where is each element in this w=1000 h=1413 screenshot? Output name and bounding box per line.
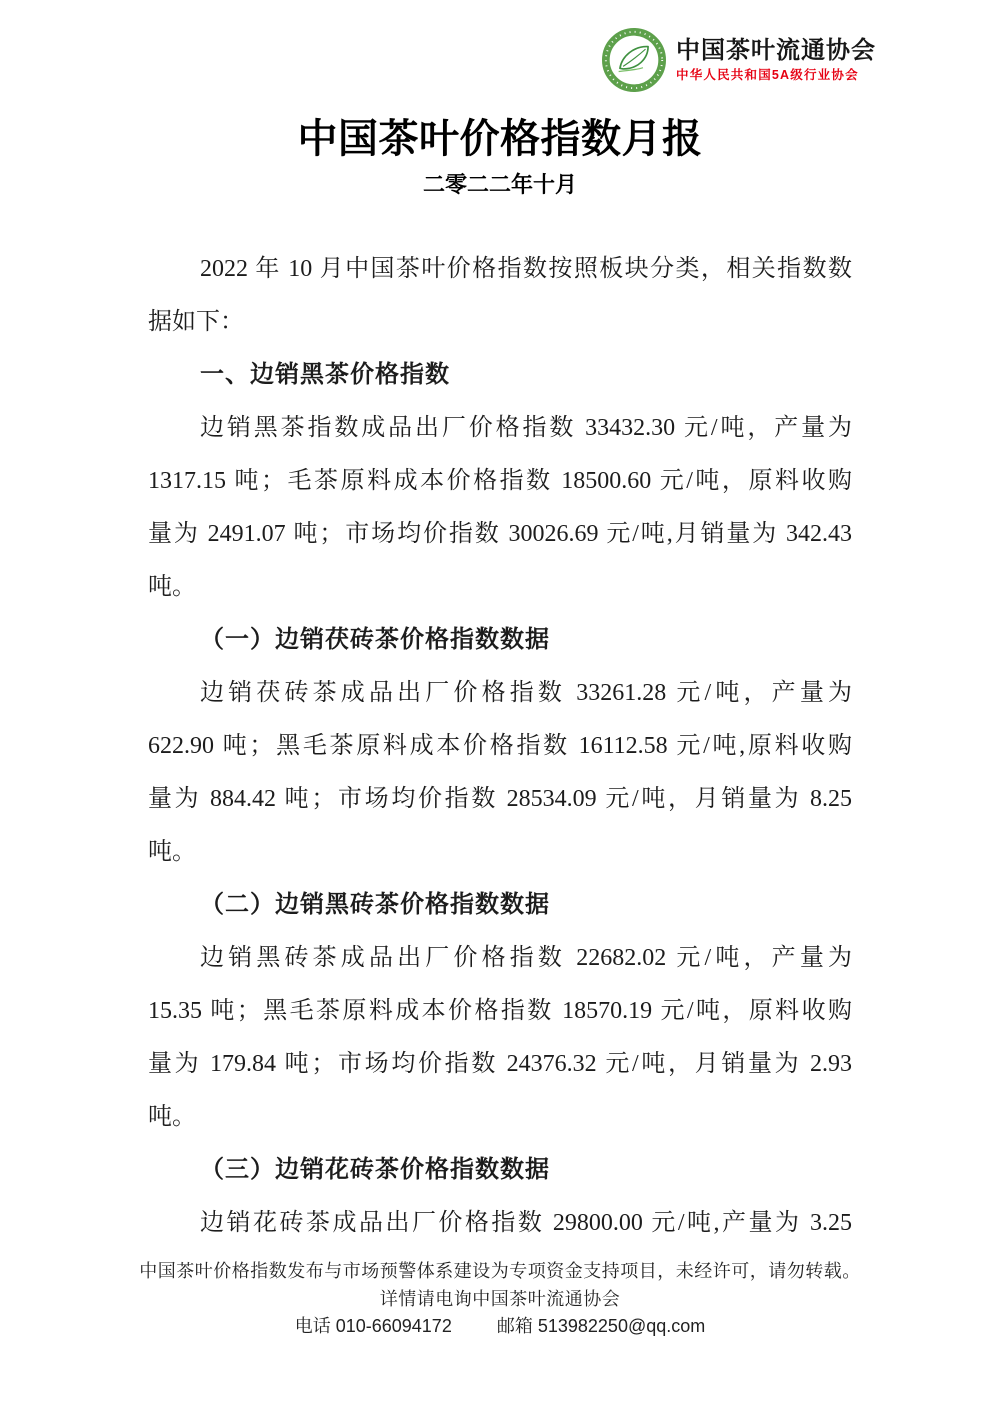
page-subtitle: 二零二二年十月	[0, 170, 1000, 200]
section-1-line: 1317.15 吨；毛茶原料成本价格指数 18500.60 元/吨，原料收购	[148, 455, 852, 508]
footer-contact-info: 详情请电询中国茶叶流通协会	[0, 1286, 1000, 1313]
section-1-line: 边销黑茶指数成品出厂价格指数 33432.30 元/吨，产量为	[148, 402, 852, 455]
org-logo-text: 中国茶叶流通协会 中华人民共和国5A级行业协会	[676, 36, 876, 84]
footer-notice: 中国茶叶价格指数发布与市场预警体系建设为专项资金支持项目，未经许可，请勿转载。	[0, 1256, 1000, 1286]
intro-line: 2022 年 10 月中国茶叶价格指数按照板块分类，相关指数数	[148, 243, 852, 296]
subsection-1-line: 622.90 吨；黑毛茶原料成本价格指数 16112.58 元/吨,原料收购	[148, 720, 852, 773]
footer-phone: 电话 010-66094172	[295, 1316, 452, 1336]
subsection-heading-1: （一）边销茯砖茶价格指数数据	[148, 614, 852, 667]
page-footer: 中国茶叶价格指数发布与市场预警体系建设为专项资金支持项目，未经许可，请勿转载。 …	[0, 1256, 1000, 1340]
subsection-3-line: 边销花砖茶成品出厂价格指数 29800.00 元/吨,产量为 3.25	[148, 1197, 852, 1250]
footer-contact-line: 电话 010-66094172 邮箱 513982250@qq.com	[0, 1313, 1000, 1340]
subsection-heading-2: （二）边销黑砖茶价格指数数据	[148, 879, 852, 932]
subsection-2-line: 吨。	[148, 1091, 852, 1144]
intro-line: 据如下：	[148, 296, 852, 349]
section-heading-1: 一、边销黑茶价格指数	[148, 349, 852, 402]
subsection-2-line: 边销黑砖茶成品出厂价格指数 22682.02 元/吨，产量为	[148, 932, 852, 985]
footer-email: 邮箱 513982250@qq.com	[497, 1316, 705, 1336]
subsection-heading-3: （三）边销花砖茶价格指数数据	[148, 1144, 852, 1197]
org-name: 中国茶叶流通协会	[676, 36, 876, 66]
org-subtitle: 中华人民共和国5A级行业协会	[676, 66, 876, 84]
subsection-1-line: 吨。	[148, 826, 852, 879]
org-seal-icon	[602, 28, 666, 92]
page-title: 中国茶叶价格指数月报	[0, 112, 1000, 166]
subsection-1-line: 边销茯砖茶成品出厂价格指数 33261.28 元/吨，产量为	[148, 667, 852, 720]
subsection-1-line: 量为 884.42 吨；市场均价指数 28534.09 元/吨，月销量为 8.2…	[148, 773, 852, 826]
section-1-line: 吨。	[148, 561, 852, 614]
subsection-2-line: 15.35 吨；黑毛茶原料成本价格指数 18570.19 元/吨，原料收购	[148, 985, 852, 1038]
document-body: 2022 年 10 月中国茶叶价格指数按照板块分类，相关指数数 据如下： 一、边…	[148, 243, 852, 1250]
document-page: 中国茶叶流通协会 中华人民共和国5A级行业协会 中国茶叶价格指数月报 二零二二年…	[0, 0, 1000, 1413]
subsection-2-line: 量为 179.84 吨；市场均价指数 24376.32 元/吨，月销量为 2.9…	[148, 1038, 852, 1091]
org-logo: 中国茶叶流通协会 中华人民共和国5A级行业协会	[602, 28, 876, 92]
section-1-line: 量为 2491.07 吨；市场均价指数 30026.69 元/吨,月销量为 34…	[148, 508, 852, 561]
